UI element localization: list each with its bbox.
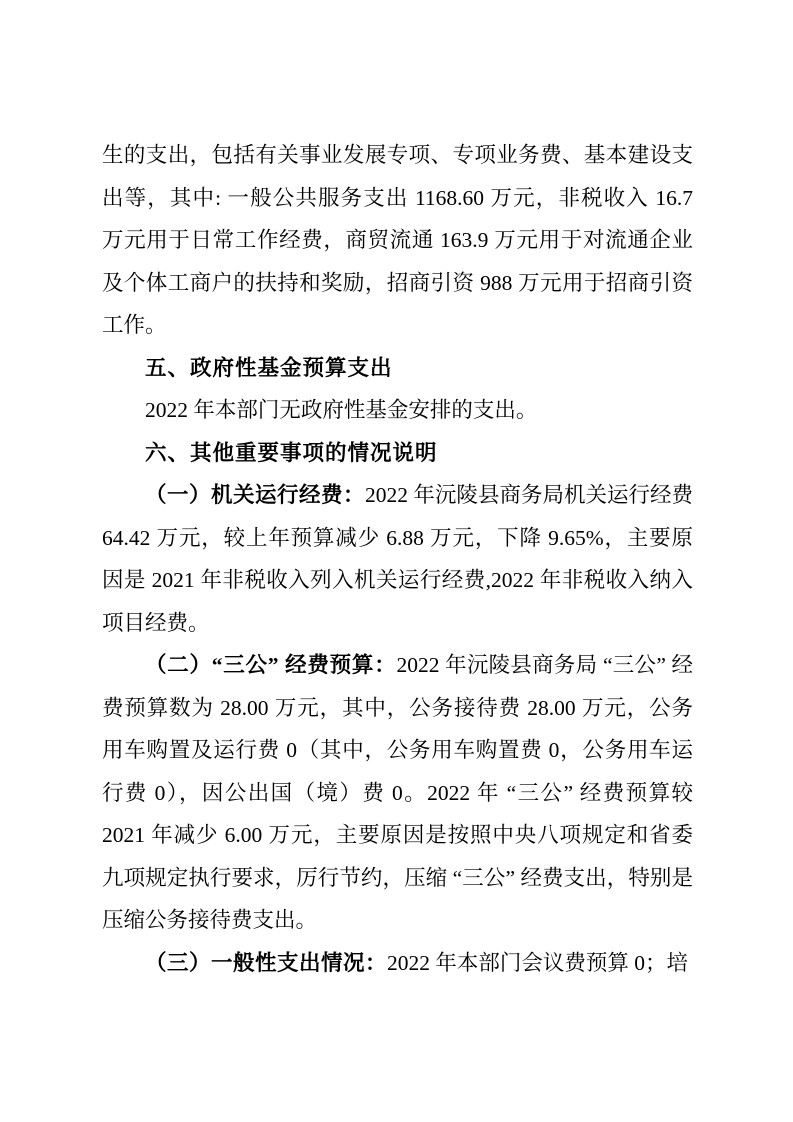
paragraph-lead: （一）机关运行经费： [145, 483, 365, 507]
paragraph: （一）机关运行经费：2022 年沅陵县商务局机关运行经费 64.42 万元，较上… [102, 474, 693, 644]
paragraph-text: 2022 年本部门会议费预算 0；培 [387, 951, 688, 975]
paragraph-text: 六、其他重要事项的情况说明 [145, 441, 438, 465]
paragraph: （二）“三公” 经费预算：2022 年沅陵县商务局 “三公” 经费预算数为 28… [102, 644, 693, 942]
paragraph-lead: （二）“三公” 经费预算： [145, 653, 396, 677]
paragraph: （三）一般性支出情况：2022 年本部门会议费预算 0；培 [102, 942, 693, 985]
document-body: 生的支出，包括有关事业发展专项、专项业务费、基本建设支出等，其中: 一般公共服务… [102, 134, 693, 984]
section-heading: 五、政府性基金预算支出 [102, 347, 693, 390]
paragraph-text: 生的支出，包括有关事业发展专项、专项业务费、基本建设支出等，其中: 一般公共服务… [102, 143, 693, 337]
paragraph-lead: （三）一般性支出情况： [145, 951, 387, 975]
paragraph: 生的支出，包括有关事业发展专项、专项业务费、基本建设支出等，其中: 一般公共服务… [102, 134, 693, 347]
paragraph-text: 2022 年本部门无政府性基金安排的支出。 [145, 398, 537, 422]
document-page: 生的支出，包括有关事业发展专项、专项业务费、基本建设支出等，其中: 一般公共服务… [0, 0, 793, 1122]
paragraph-text: 2022 年沅陵县商务局 “三公” 经费预算数为 28.00 万元，其中，公务接… [102, 653, 693, 932]
paragraph: 2022 年本部门无政府性基金安排的支出。 [102, 389, 693, 432]
section-heading: 六、其他重要事项的情况说明 [102, 432, 693, 475]
paragraph-text: 五、政府性基金预算支出 [145, 356, 393, 380]
